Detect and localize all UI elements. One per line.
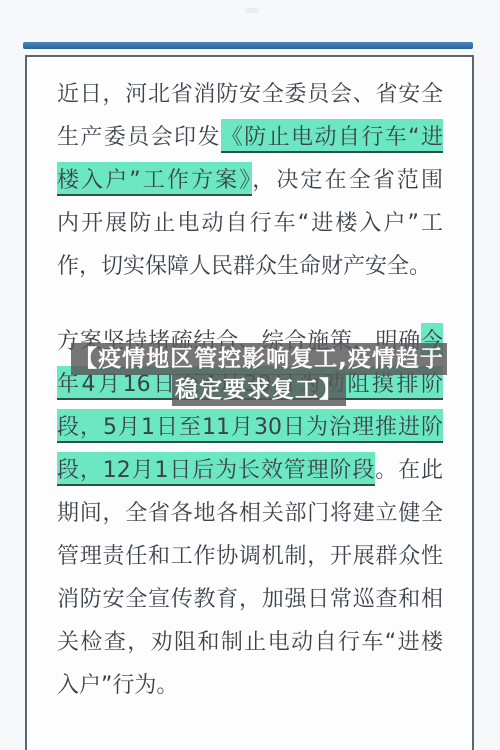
text-line: 楼入户”工作方案》，决定在全省范围 [57, 159, 443, 202]
watermark-smudge [245, 8, 259, 13]
text-segment: 内开展防止电动自行车“进楼入户”工 [57, 211, 443, 236]
highlighted-text: 段，5月1日至11月30日为治理推进阶 [57, 409, 443, 443]
text-segment: 作，切实保障人民群众生命财产安全。 [57, 254, 431, 279]
text-line: 期间，全省各地各相关部门将建立健全 [57, 492, 443, 535]
text-line: 关检查，劝阻和制止电动自行车“进楼 [57, 621, 443, 664]
text-line: 段，5月1日至11月30日为治理推进阶 [57, 406, 443, 449]
text-line: 近日，河北省消防安全委员会、省安全 [57, 73, 443, 116]
text-segment: 入户”行为。 [57, 673, 178, 698]
caption-text: 【疫情地区管控影响复工,疫情趋于稳定要求复工】 [71, 343, 447, 406]
highlighted-text: 《防止电动自行车“进 [221, 119, 443, 153]
text-segment: 近日，河北省消防安全委员会、省安全 [57, 82, 443, 107]
text-segment: 生产委员会印发 [57, 125, 221, 150]
text-segment: 管理责任和工作协调机制，开展群众性 [57, 544, 443, 569]
text-line: 段，12月1日后为长效管理阶段。在此 [57, 449, 443, 492]
text-segment: 关检查，劝阻和制止电动自行车“进楼 [57, 630, 443, 655]
text-line: 管理责任和工作协调机制，开展群众性 [57, 535, 443, 578]
highlighted-text: 段，12月1日后为长效管理阶段 [57, 452, 375, 486]
text-line: 生产委员会印发《防止电动自行车“进 [57, 116, 443, 159]
text-line: 内开展防止电动自行车“进楼入户”工 [57, 202, 443, 245]
caption-overlay: 【疫情地区管控影响复工,疫情趋于稳定要求复工】 [62, 344, 456, 406]
text-line: 消防安全宣传教育，加强日常巡查和相 [57, 578, 443, 621]
text-segment: ，决定在全省范围 [252, 168, 443, 193]
top-divider-bar [23, 42, 473, 49]
text-line: 作，切实保障人民群众生命财产安全。 [57, 245, 443, 288]
text-line: 入户”行为。 [57, 664, 443, 707]
article-screenshot-page: 近日，河北省消防安全委员会、省安全生产委员会印发《防止电动自行车“进楼入户”工作… [0, 0, 500, 750]
text-segment: 消防安全宣传教育，加强日常巡查和相 [57, 587, 443, 612]
text-segment: 。在此 [375, 458, 443, 483]
paragraph: 近日，河北省消防安全委员会、省安全生产委员会印发《防止电动自行车“进楼入户”工作… [57, 73, 443, 288]
text-segment: 期间，全省各地各相关部门将建立健全 [57, 501, 443, 526]
highlighted-text: 楼入户”工作方案》 [57, 162, 252, 196]
